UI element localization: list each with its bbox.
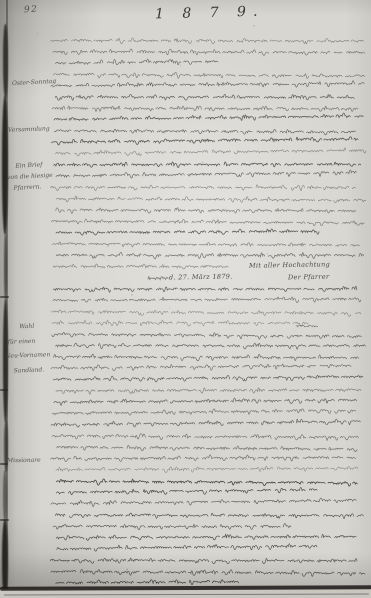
scrawl-line <box>52 137 359 145</box>
scrawl-line <box>52 409 356 415</box>
scrawl-line <box>148 277 168 280</box>
letter-date: d. 27. März 1879. <box>169 273 233 281</box>
ink-speck <box>267 253 268 254</box>
scrawl-line <box>296 325 318 327</box>
ink-speck <box>169 308 170 309</box>
ink-speck <box>132 434 133 435</box>
scrawl-line <box>53 49 365 55</box>
scrawl-line <box>56 466 358 473</box>
scrawl-line <box>51 455 356 462</box>
scrawl-line <box>55 513 363 518</box>
ink-speck <box>126 569 127 570</box>
scrawl-line <box>56 170 356 178</box>
ink-speck <box>207 291 208 292</box>
scrawl-line <box>54 129 355 135</box>
scrawl-line <box>57 445 357 451</box>
scrawl-line <box>53 72 364 78</box>
scrawl-line <box>52 106 358 111</box>
scrawl-line <box>54 354 359 361</box>
closing-salutation: Mit aller Hochachtung <box>249 261 330 269</box>
scrawl-line <box>51 419 360 427</box>
scrawl-line <box>52 219 365 226</box>
scrawl-line <box>57 544 317 551</box>
scrawl-line <box>54 113 363 120</box>
ink-speck <box>107 245 109 247</box>
scrawl-line <box>51 569 365 576</box>
scrawl-line <box>57 479 358 486</box>
ink-speck <box>331 210 333 212</box>
scrawl-line <box>52 434 358 441</box>
scrawl-line <box>51 498 356 506</box>
scrawl-line <box>51 38 364 44</box>
scrawl-line <box>57 534 357 540</box>
scrawl-line <box>56 59 219 65</box>
scrawl-line <box>52 242 359 247</box>
scrawl-line <box>53 286 357 292</box>
scrawl-line <box>55 94 354 100</box>
scrawl-line <box>56 487 317 494</box>
manuscript-scan: 92 1 8 7 9. Oster-Sonntag Versammlung Ei… <box>0 0 371 598</box>
ink-speck <box>202 162 203 163</box>
scrawl-line <box>51 364 351 371</box>
scrawl-line <box>56 148 366 156</box>
scrawl-line <box>54 398 357 405</box>
scrawl-line <box>51 185 356 191</box>
ink-speck <box>253 25 255 27</box>
scrawl-line <box>53 375 363 382</box>
scrawl-line <box>56 196 365 203</box>
scrawl-line <box>56 229 319 235</box>
scrawl-line <box>52 320 308 326</box>
ink-speck <box>158 210 160 212</box>
scrawl-line <box>56 208 356 214</box>
ink-speck <box>131 294 133 296</box>
scrawl-line <box>53 524 291 530</box>
scrawl-line <box>54 162 361 168</box>
letter-signature: Der Pfarrer <box>288 274 329 281</box>
scrawl-line <box>53 297 361 303</box>
ink-speck <box>180 65 181 66</box>
scrawl-line <box>51 310 361 317</box>
scrawl-line <box>53 264 228 269</box>
scrawl-line <box>56 252 363 259</box>
scrawl-line <box>56 580 239 585</box>
scrawl-line <box>50 558 357 564</box>
handwritten-body-text <box>0 0 371 598</box>
scrawl-line <box>56 388 361 394</box>
scrawl-line <box>56 343 366 349</box>
scrawl-line <box>51 81 364 88</box>
scrawl-line <box>52 333 362 340</box>
ink-speck <box>219 53 220 54</box>
ink-speck <box>37 33 38 34</box>
